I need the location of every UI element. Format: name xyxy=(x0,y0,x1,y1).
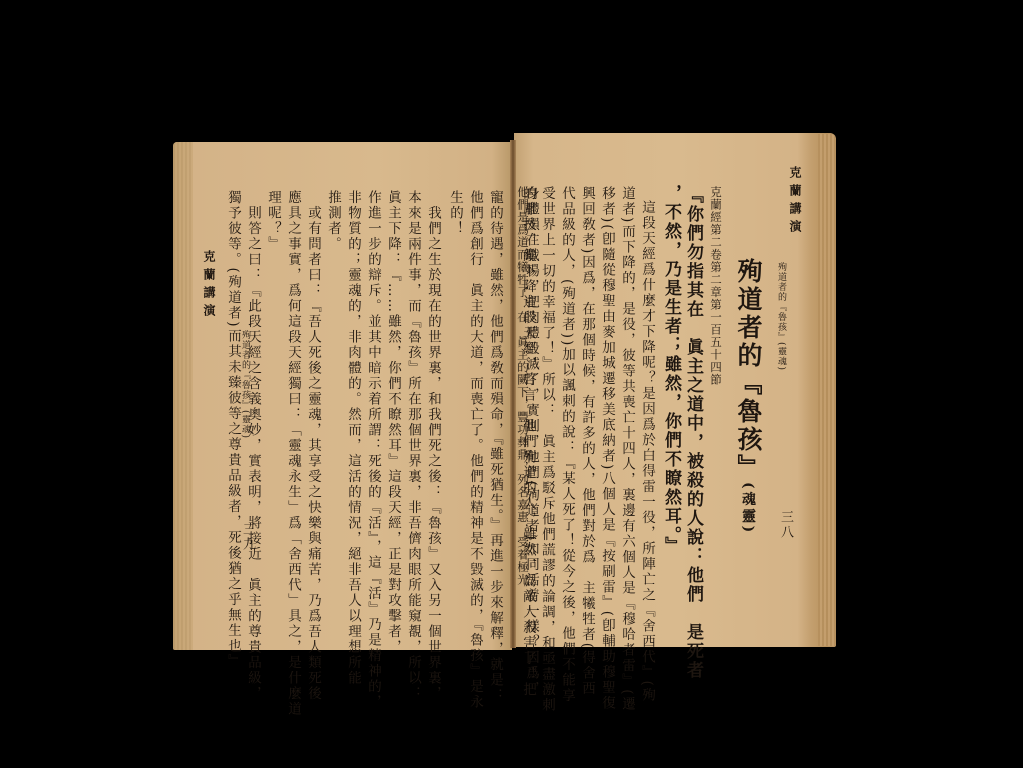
body-line: 非物質的；靈魂的，非肉體的。然而，這活的情況，絕非吾人以理想所能 xyxy=(344,190,362,686)
left-running-subheader: 殉道者的『魯孩』(靈魂) xyxy=(236,330,254,439)
body-line: 則答之曰：『此段天經之含義奧妙，實表明，將接近 眞主的尊貴品級， xyxy=(244,190,262,702)
chapter-title-suffix: (魂靈) xyxy=(740,482,756,535)
body-line: 興回敎者)因爲，在那個時候，有許多的人，他們對於爲 主犧牲者(得舍西 xyxy=(578,186,596,697)
body-line: 這段天經爲什麼才下降呢？是因爲於白得雷一役，所陣亡之『舍西代』(殉 xyxy=(638,200,656,703)
body-line: 生的！ xyxy=(446,190,464,237)
right-page-edge xyxy=(818,134,836,646)
body-line: 本來是兩件事，而『魯孩』所在那個世界裏，非吾儕肉眼所能窺覩，所以： xyxy=(404,190,422,702)
right-running-subheader: 殉道者的『魯孩』(靈魂) xyxy=(772,262,790,371)
scripture-citation: 克蘭經第二卷第二章第一百五十四節 xyxy=(707,186,725,386)
body-line: 作進一步的辯斥。並其中暗示着所謂：死後的『活』，這『活』乃是精神的， xyxy=(364,190,382,710)
quote-line: ，不然，乃是生者；雖然，你們不瞭然耳。』 xyxy=(660,184,682,556)
left-running-header: 克蘭講演 xyxy=(200,250,218,322)
body-line: 應具之事實，爲何這段天經獨曰：「靈魂永生」爲「舍西代」具之，是什麼道 xyxy=(284,190,302,717)
body-line: 寵的待遇，雖然，他們爲敎而殞命，『雖死猶生。』再進一步來解釋，就是： xyxy=(486,190,504,704)
body-line: 移者)(卽隨從穆聖由麥加城遷移美底納者)八個人是『按刷雷』(卽輔助穆聖復 xyxy=(598,186,616,711)
body-line: 道者)而下降的，是役，彼等共喪亡十四人，裏邊有六個人是『穆哈者雷』(遷 xyxy=(618,186,636,712)
quote-line: 『你們勿指其在 眞主之道中，被殺的人說：他們 是死者 xyxy=(682,186,704,680)
body-line: 受世界上一切的幸福了！』所以： 眞主爲駁斥他們謊謬的論調，和亟盡激刺 xyxy=(538,186,556,713)
body-line: 我們之生於現在的世界裏，和我們死之後：『魯孩』又入另一個世界裏， xyxy=(424,190,442,702)
body-line: 或有問者曰：『吾人死後之靈魂，其享受之快樂與痛苦，乃爲吾人類死後 xyxy=(304,190,322,702)
right-page-number: 三八 xyxy=(776,510,794,540)
chapter-title-text: 殉道者的『魯孩』 xyxy=(734,258,763,482)
left-page-edge xyxy=(173,142,193,650)
chapter-title: 殉道者的『魯孩』(魂靈) xyxy=(733,258,763,535)
body-line: 眞主下降：『……雖然，你們不瞭然耳』這段天經，正是對攻擊者， xyxy=(384,190,402,655)
body-line: 他們爲創行 眞主的大道，而喪亡了。他們的精神是不毀滅的，『魯孩』是永 xyxy=(466,190,484,710)
body-line: 代品級的人，(殉道者))加以諷刺的說：『某人死了！從今之後，他們不能享 xyxy=(558,186,576,704)
body-line: 理呢？』 xyxy=(264,190,282,252)
body-line: 他們是爲道而犧牲了，在 眞主的闕下，豐功彝鼎，列名嘉惠，受着極光 xyxy=(514,186,532,586)
right-running-header: 克蘭講演 xyxy=(786,166,804,238)
body-line: 推測者。 xyxy=(324,190,342,252)
open-book: 克蘭講演 殉道者的『魯孩』(靈魂) 三八 殉道者的『魯孩』(魂靈) 克蘭經第二卷… xyxy=(0,0,1023,768)
left-page-number: 三九 xyxy=(238,522,256,552)
